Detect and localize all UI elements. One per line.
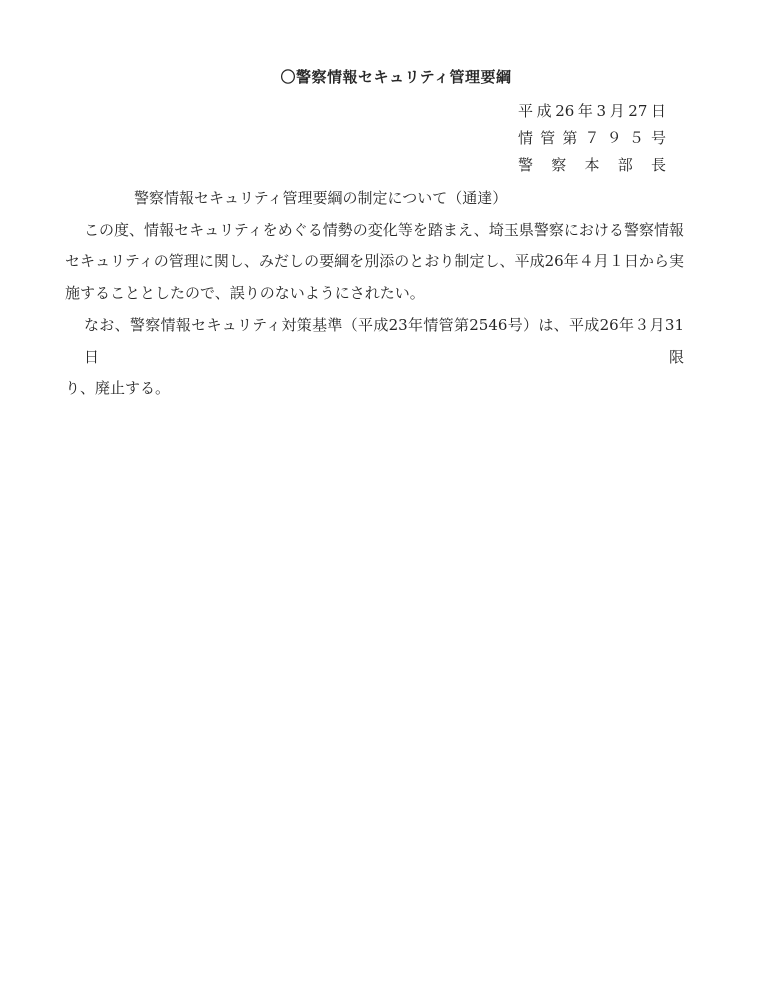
body-paragraph-2: なお、警察情報セキュリティ対策基準（平成23年情管第2546号）は、平成26年３…: [65, 310, 684, 405]
body-line: なお、警察情報セキュリティ対策基準（平成23年情管第2546号）は、平成26年３…: [65, 310, 684, 373]
document-number: 情管第７９５号: [518, 125, 666, 152]
issuance-date: 平成26年3月27日: [518, 98, 666, 125]
document-body: 警察情報セキュリティ管理要綱の制定について（通達） この度、情報セキュリティをめ…: [65, 183, 684, 405]
document-page: 〇警察情報セキュリティ管理要綱 平成26年3月27日 情管第７９５号 警察本部長…: [0, 0, 768, 994]
sender-title: 警察本部長: [518, 152, 666, 179]
issuance-header-block: 平成26年3月27日 情管第７９５号 警察本部長: [518, 98, 666, 179]
body-line: 施することとしたので、誤りのないようにされたい。: [65, 278, 684, 310]
body-paragraph-1: この度、情報セキュリティをめぐる情勢の変化等を踏まえ、埼玉県警察における警察情報…: [65, 215, 684, 310]
body-line: この度、情報セキュリティをめぐる情勢の変化等を踏まえ、埼玉県警察における警察情報: [65, 215, 684, 247]
body-line: セキュリティの管理に関し、みだしの要綱を別添のとおり制定し、平成26年４月１日か…: [65, 246, 684, 278]
subject-line: 警察情報セキュリティ管理要綱の制定について（通達）: [65, 183, 684, 215]
body-line: り、廃止する。: [65, 373, 684, 405]
document-title: 〇警察情報セキュリティ管理要綱: [12, 69, 768, 85]
